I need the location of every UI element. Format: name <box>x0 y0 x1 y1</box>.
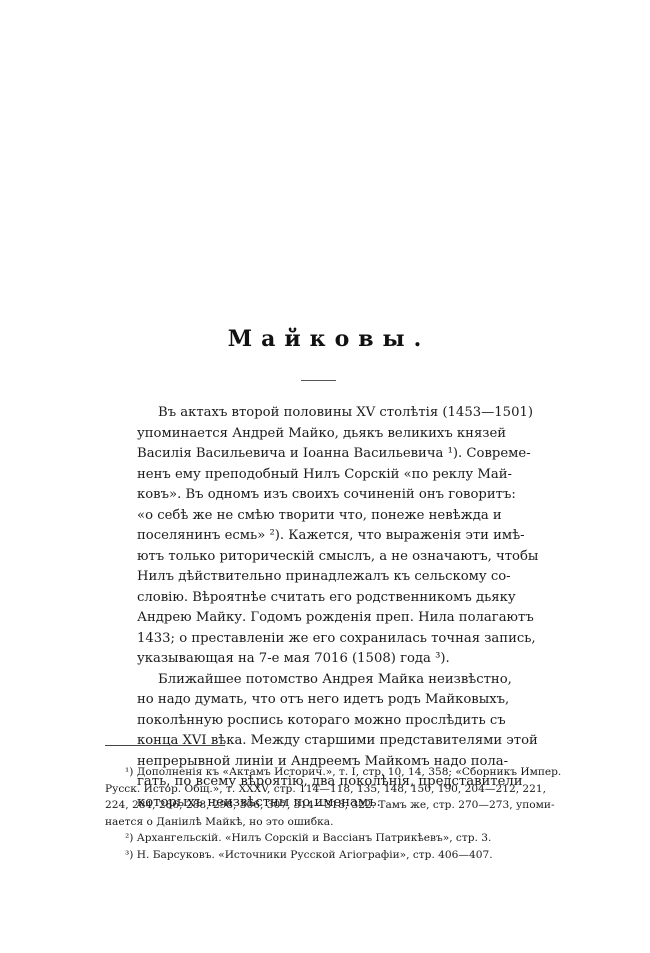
footnote-line: ³) Н. Барсуковъ. «Источники Русской Агіо… <box>105 847 535 864</box>
body-line: конца XVI вѣка. Между старшими представи… <box>137 731 498 752</box>
footnote-line: 224, 284, 286, 288, 298, 306, 307, 314—3… <box>105 797 535 814</box>
footnote-separator <box>105 745 225 746</box>
body-line: «о себѣ же не смѣю творити что, понеже н… <box>137 506 498 527</box>
footnote-line: нается о Даніилѣ Майкѣ, но это ошибка. <box>105 814 535 831</box>
body-line: словію. Вѣроятнѣе считать его родственни… <box>137 588 498 609</box>
body-line: но надо думать, что отъ него идетъ родъ … <box>137 690 498 711</box>
footnote-line: ¹) Дополненія къ «Актамъ Историч.», т. I… <box>105 764 535 781</box>
footnotes: ¹) Дополненія къ «Актамъ Историч.», т. I… <box>105 764 535 863</box>
body-line: Василія Васильевича и Іоанна Васильевича… <box>137 444 498 465</box>
body-line: Ближайшее потомство Андрея Майка неизвѣс… <box>137 670 498 691</box>
body-line: поселянинъ есмь» ²). Кажется, что выраже… <box>137 526 498 547</box>
body-text: Въ актахъ второй половины XV столѣтія (1… <box>137 403 498 813</box>
title-divider <box>301 380 336 381</box>
body-line: ютъ только риторическій смыслъ, а не озн… <box>137 547 498 568</box>
body-line: Нилъ дѣйствительно принадлежалъ къ сельс… <box>137 567 498 588</box>
footnote-line: ²) Архангельскій. «Нилъ Сорскій и Вассіа… <box>105 830 535 847</box>
document-page: Майковы. Въ актахъ второй половины XV ст… <box>0 0 650 953</box>
body-line: Въ актахъ второй половины XV столѣтія (1… <box>137 403 498 424</box>
page-title: Майковы. <box>0 326 650 352</box>
body-line: упоминается Андрей Майко, дьякъ великихъ… <box>137 424 498 445</box>
body-line: поколѣнную роспись котораго можно прослѣ… <box>137 711 498 732</box>
footnote-line: Русск. Истор. Общ.», т. XXXV, стр. 114—1… <box>105 781 535 798</box>
body-line: 1433; о преставленіи же его сохранилась … <box>137 629 498 650</box>
body-line: указывающая на 7-е мая 7016 (1508) года … <box>137 649 498 670</box>
body-line: ненъ ему преподобный Нилъ Сорскій «по ре… <box>137 465 498 486</box>
body-line: Андрею Майку. Годомъ рожденія преп. Нила… <box>137 608 498 629</box>
body-line: ковъ». Въ одномъ изъ своихъ сочиненій он… <box>137 485 498 506</box>
